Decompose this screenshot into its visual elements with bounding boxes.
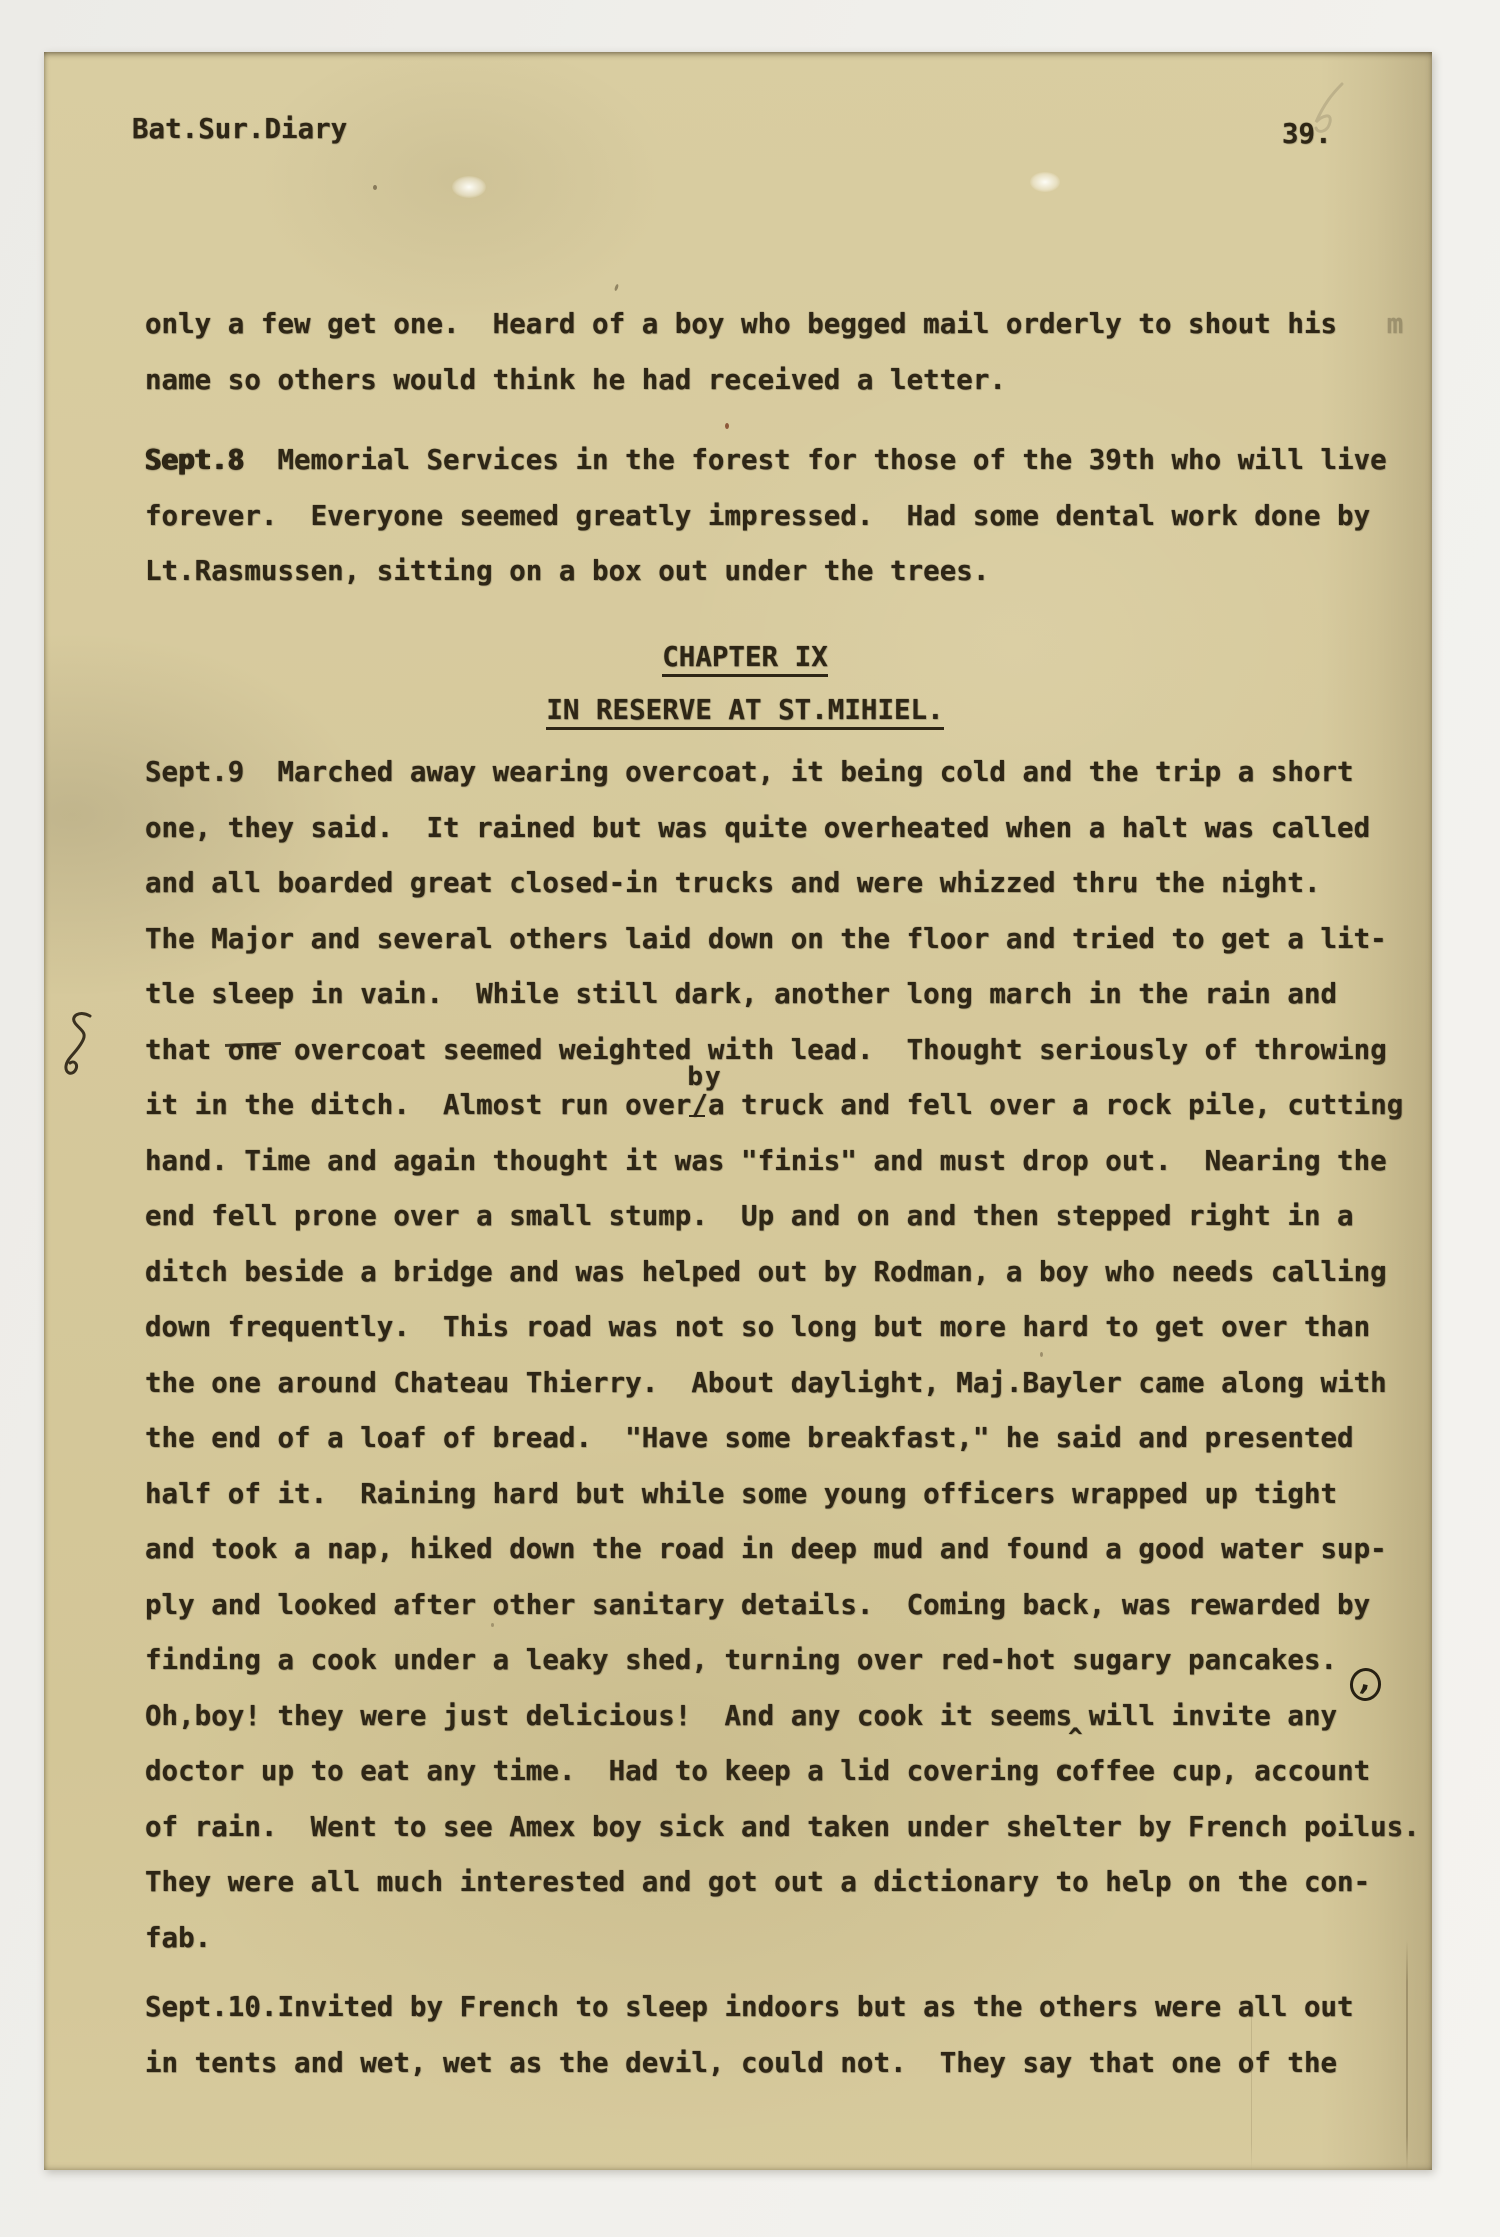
ink-speck — [491, 1623, 494, 1627]
text-segment: Lt.Rasmussen, sitting on a box out under… — [145, 555, 989, 587]
text-segment: end fell prone over a small stump. Up an… — [145, 1200, 1354, 1232]
paragraph-sept10: Sept.10.Invited by French to sleep indoo… — [145, 1991, 1445, 2102]
text-segment: tle sleep in vain. While still dark, ano… — [145, 978, 1337, 1010]
text-segment: a truck and fell over a rock pile, cutti… — [708, 1089, 1403, 1121]
text-line: only a few get one. Heard of a boy who b… — [145, 308, 1445, 364]
text-segment-caretgap: will invite any — [1072, 1700, 1337, 1732]
inserted-word-above-line: by — [687, 1062, 722, 1092]
text-segment-overstrike: Sept.8 — [145, 444, 244, 476]
text-line: it in the ditch. Almost run over/bya tru… — [145, 1089, 1445, 1145]
ink-speck — [373, 185, 377, 190]
text-line: IN RESERVE AT ST.MIHIEL. — [80, 694, 1410, 750]
text-segment: half of it. Raining hard but while some … — [145, 1478, 1337, 1510]
text-line: Sept.10.Invited by French to sleep indoo… — [145, 1991, 1445, 2047]
text-segment: and took a nap, hiked down the road in d… — [145, 1533, 1387, 1565]
text-line: the end of a loaf of bread. "Have some b… — [145, 1422, 1445, 1478]
text-segment: name so others would think he had receiv… — [145, 364, 1006, 396]
paper-crease — [1406, 1940, 1408, 2170]
text-line: Sept.8 Memorial Services in the forest f… — [145, 444, 1445, 500]
text-line: ply and looked after other sanitary deta… — [145, 1589, 1445, 1645]
text-segment: of rain. Went to see Amex boy sick and t… — [145, 1811, 1420, 1843]
handwritten-squiggle-annotation — [60, 1008, 104, 1080]
text-line: finding a cook under a leaky shed, turni… — [145, 1644, 1445, 1700]
text-segment: Oh,boy! they were just delicious! And an… — [145, 1700, 1072, 1732]
text-segment: ditch beside a bridge and was helped out… — [145, 1256, 1387, 1288]
text-segment-strike: one — [228, 1034, 278, 1066]
text-segment: fab. — [145, 1922, 211, 1954]
text-line: of rain. Went to see Amex boy sick and t… — [145, 1811, 1445, 1867]
text-segment: Sept.9 Marched away wearing overcoat, it… — [145, 756, 1354, 788]
text-line: and took a nap, hiked down the road in d… — [145, 1533, 1445, 1589]
text-line: hand. Time and again thought it was "fin… — [145, 1145, 1445, 1201]
ink-speck — [725, 423, 729, 429]
text-line: and all boarded great closed-in trucks a… — [145, 867, 1445, 923]
text-segment: Sept.10.Invited by French to sleep indoo… — [145, 1991, 1354, 2023]
text-segment: the end of a loaf of bread. "Have some b… — [145, 1422, 1354, 1454]
text-segment-insert: /by — [691, 1089, 708, 1121]
text-segment: that — [145, 1034, 228, 1066]
text-segment-underline: IN RESERVE AT ST.MIHIEL. — [546, 694, 943, 730]
page-header-title: Bat.Sur.Diary — [132, 113, 347, 145]
text-segment-overstrike: c — [1056, 1755, 1073, 1787]
paragraph-mail: only a few get one. Heard of a boy who b… — [145, 308, 1445, 419]
text-line: The Major and several others laid down o… — [145, 923, 1445, 979]
text-segment: down frequently. This road was not so lo… — [145, 1311, 1370, 1343]
text-segment: finding a cook under a leaky shed, turni… — [145, 1644, 1337, 1676]
text-segment: the one around Chateau Thierry. About da… — [145, 1367, 1387, 1399]
ink-speck — [1040, 1352, 1043, 1357]
chapter-subheading: IN RESERVE AT ST.MIHIEL. — [80, 694, 1410, 750]
paper-crease — [1251, 1990, 1252, 2170]
text-segment: They were all much interested and got ou… — [145, 1866, 1370, 1898]
text-line: forever. Everyone seemed greatly impress… — [145, 500, 1445, 556]
text-line: tle sleep in vain. While still dark, ano… — [145, 978, 1445, 1034]
text-segment: one, they said. It rained but was quite … — [145, 812, 1370, 844]
text-line: end fell prone over a small stump. Up an… — [145, 1200, 1445, 1256]
text-segment-faint: m — [1337, 308, 1403, 340]
paragraph-sept9: Sept.9 Marched away wearing overcoat, it… — [145, 756, 1445, 1977]
text-line: fab. — [145, 1922, 1445, 1978]
text-line: in tents and wet, wet as the devil, coul… — [145, 2047, 1445, 2103]
text-line: down frequently. This road was not so lo… — [145, 1311, 1445, 1367]
text-segment: forever. Everyone seemed greatly impress… — [145, 500, 1370, 532]
chapter-heading: CHAPTER IX — [80, 641, 1410, 697]
text-segment: and all boarded great closed-in trucks a… — [145, 867, 1321, 899]
text-line: the one around Chateau Thierry. About da… — [145, 1367, 1445, 1423]
scan-glare-spot — [1030, 172, 1060, 192]
text-segment: The Major and several others laid down o… — [145, 923, 1387, 955]
text-line: name so others would think he had receiv… — [145, 364, 1445, 420]
text-segment: Memorial Services in the forest for thos… — [244, 444, 1386, 476]
text-segment: hand. Time and again thought it was "fin… — [145, 1145, 1387, 1177]
text-segment: offee cup, account — [1072, 1755, 1370, 1787]
text-line: one, they said. It rained but was quite … — [145, 812, 1445, 868]
text-line: that one overcoat seemed weighted with l… — [145, 1034, 1445, 1090]
text-segment: only a few get one. Heard of a boy who b… — [145, 308, 1337, 340]
text-segment: it in the ditch. Almost run over — [145, 1089, 691, 1121]
text-line: Sept.9 Marched away wearing overcoat, it… — [145, 756, 1445, 812]
text-line: CHAPTER IX — [80, 641, 1410, 697]
text-segment: overcoat seemed weighted with lead. Thou… — [277, 1034, 1386, 1066]
text-segment: ply and looked after other sanitary deta… — [145, 1589, 1370, 1621]
scan-glare-spot — [452, 176, 486, 198]
text-line: doctor up to eat any time. Had to keep a… — [145, 1755, 1445, 1811]
text-segment: in tents and wet, wet as the devil, coul… — [145, 2047, 1337, 2079]
pencil-scribble-annotation — [1302, 78, 1354, 150]
text-line: Lt.Rasmussen, sitting on a box out under… — [145, 555, 1445, 611]
text-segment: doctor up to eat any time. Had to keep a… — [145, 1755, 1056, 1787]
text-line: ditch beside a bridge and was helped out… — [145, 1256, 1445, 1312]
scanned-diary-page: Bat.Sur.Diary 39. only a few get one. He… — [0, 0, 1500, 2237]
text-line: They were all much interested and got ou… — [145, 1866, 1445, 1922]
paragraph-sept8: Sept.8 Memorial Services in the forest f… — [145, 444, 1445, 611]
text-segment-underline: CHAPTER IX — [662, 641, 828, 677]
text-line: Oh,boy! they were just delicious! And an… — [145, 1700, 1445, 1756]
text-line: half of it. Raining hard but while some … — [145, 1478, 1445, 1534]
